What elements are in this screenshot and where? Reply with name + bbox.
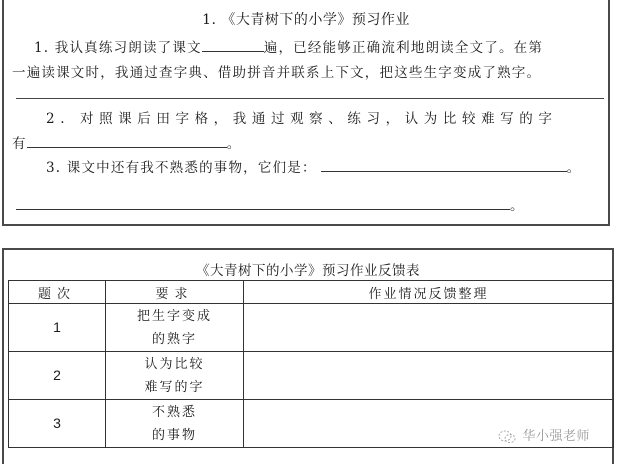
- table-row: 2 认为比较 难写的字: [9, 352, 614, 400]
- question-1-line-1: 1. 我认真练习朗读了课文遍，已经能够正确流利地朗读全文了。在第: [34, 36, 543, 56]
- requirement-line-1: 不熟悉: [106, 401, 243, 424]
- requirement-line-1: 把生字变成: [106, 305, 243, 328]
- q2-period: 。: [227, 136, 242, 152]
- question-2-line-2: 有。: [12, 132, 241, 152]
- question-3-line-2: 。: [16, 194, 525, 214]
- row-requirement: 认为比较 难写的字: [106, 352, 244, 400]
- requirement-line-1: 认为比较: [106, 353, 243, 376]
- q1-reading-count-blank[interactable]: [202, 50, 264, 52]
- q2-text-before: 有: [12, 136, 27, 152]
- q2-difficult-chars-blank[interactable]: [27, 146, 227, 148]
- requirement-line-2: 的熟字: [106, 328, 243, 351]
- question-1-line-2: 一遍读课文时，我通过查字典、借助拼音并联系上下文，把这些生字变成了熟字。: [12, 61, 541, 81]
- row-requirement: 不熟悉 的事物: [106, 400, 244, 448]
- header-question-number: 题次: [9, 281, 106, 304]
- wechat-icon: [498, 430, 516, 444]
- requirement-line-2: 的事物: [106, 424, 243, 447]
- requirement-line-2: 难写的字: [106, 376, 243, 399]
- q3-text-before: 3. 课文中还有我不熟悉的事物，它们是：: [46, 160, 317, 176]
- table-row: 1 把生字变成 的熟字: [9, 304, 614, 352]
- row-number: 2: [9, 352, 106, 400]
- homework-title: 1. 《大青树下的小学》预习作业: [4, 9, 608, 29]
- table-header-row: 题次 要求 作业情况反馈整理: [9, 281, 614, 304]
- row-number: 3: [9, 400, 106, 448]
- q3-unfamiliar-things-blank-1[interactable]: [321, 170, 567, 172]
- header-requirement: 要求: [106, 281, 244, 304]
- q1-answer-line[interactable]: [16, 98, 604, 99]
- q3-period-1: 。: [567, 160, 582, 176]
- row-requirement: 把生字变成 的熟字: [106, 304, 244, 352]
- question-2-line-1: 2. 对照课后田字格，我通过观察、练习，认为比较难写的字: [46, 107, 557, 127]
- row-number: 1: [9, 304, 106, 352]
- q1-text-before: 1. 我认真练习朗读了课文: [34, 40, 202, 56]
- q3-unfamiliar-things-blank-2[interactable]: [16, 208, 510, 210]
- header-feedback: 作业情况反馈整理: [244, 281, 614, 304]
- watermark: 华小强老师: [498, 425, 590, 444]
- feedback-table: 题次 要求 作业情况反馈整理 1 把生字变成 的熟字 2 认为比较 难写的字 3…: [8, 280, 614, 448]
- watermark-text: 华小强老师: [522, 429, 590, 444]
- preview-homework-box: 1. 《大青树下的小学》预习作业 1. 我认真练习朗读了课文遍，已经能够正确流利…: [2, 0, 610, 226]
- row-feedback-cell[interactable]: [244, 352, 614, 400]
- feedback-table-title: 《大青树下的小学》预习作业反馈表: [4, 259, 612, 279]
- question-3-line-1: 3. 课文中还有我不熟悉的事物，它们是：。: [46, 156, 581, 176]
- q1-text-after: 遍，已经能够正确流利地朗读全文了。在第: [264, 40, 543, 56]
- row-feedback-cell[interactable]: [244, 304, 614, 352]
- q3-period-2: 。: [510, 198, 525, 214]
